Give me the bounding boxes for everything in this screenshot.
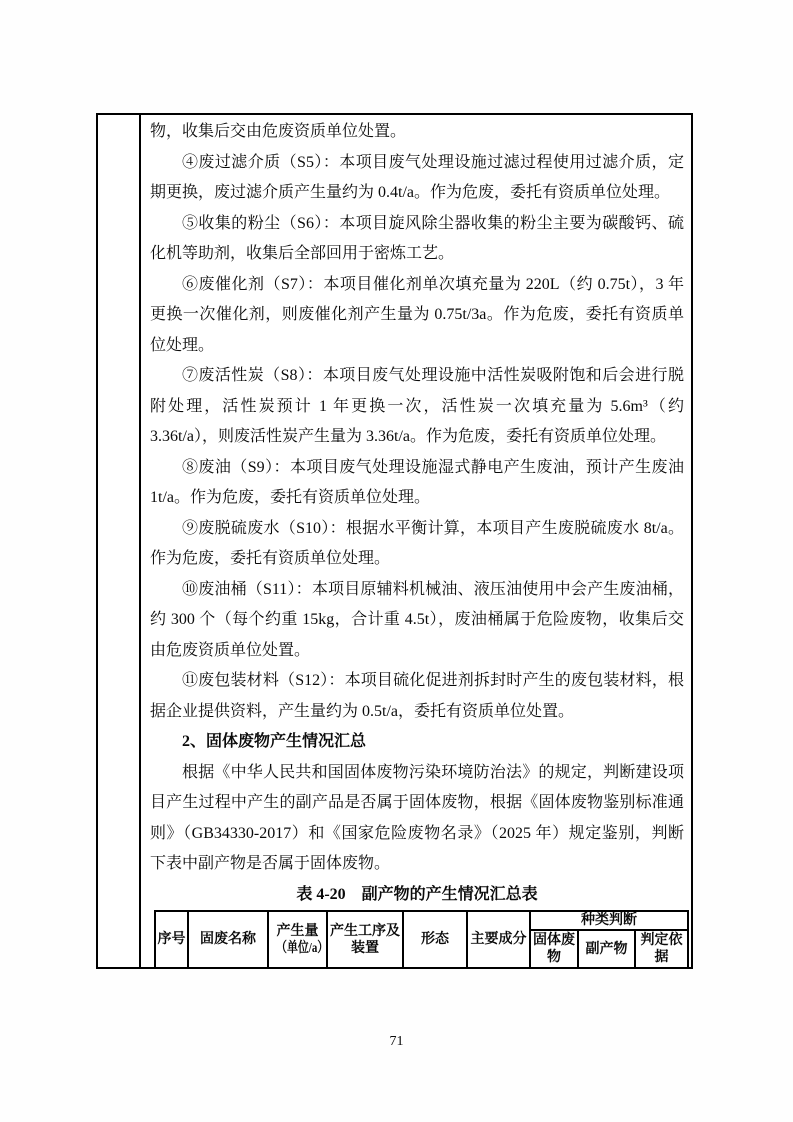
page-number: 71 xyxy=(0,1033,793,1051)
content-column: 物，收集后交由危废资质单位处置。 ④废过滤介质（S5）：本项目废气处理设施过滤过… xyxy=(141,115,691,967)
header-process: 产生工序及装置 xyxy=(327,911,403,968)
waste-item-s8: ⑦废活性炭（S8）：本项目废气处理设施中活性炭吸附饱和后会进行脱附处理，活性炭预… xyxy=(150,361,684,453)
header-amount: 产生量 （单位/a） xyxy=(268,911,327,968)
header-amount-unit: （单位/a） xyxy=(276,940,319,957)
solid-waste-summary-heading: 2、固体废物产生情况汇总 xyxy=(150,727,684,758)
header-form: 形态 xyxy=(403,911,467,968)
waste-item-s5: ④废过滤介质（S5）：本项目废气处理设施过滤过程使用过滤介质，定期更换，废过滤介… xyxy=(150,148,684,209)
form-margin-column xyxy=(98,115,141,967)
byproducts-summary-table: 序号 固废名称 产生量 （单位/a） 产生工序及装置 形态 主要成分 种类判断 … xyxy=(154,910,689,968)
document-frame: 物，收集后交由危废资质单位处置。 ④废过滤介质（S5）：本项目废气处理设施过滤过… xyxy=(96,113,693,969)
waste-item-s11: ⑩废油桶（S11）：本项目原辅料机械油、液压油使用中会产生废油桶，约 300 个… xyxy=(150,575,684,667)
intro-paragraph: 根据《中华人民共和国固体废物污染环境防治法》的规定，判断建设项目产生过程中产生的… xyxy=(150,758,684,880)
header-byproduct: 副产物 xyxy=(578,930,635,968)
waste-item-s6: ⑤收集的粉尘（S6）：本项目旋风除尘器收集的粉尘主要为碳酸钙、硫化机等助剂，收集… xyxy=(150,209,684,270)
header-composition: 主要成分 xyxy=(467,911,530,968)
header-waste-name: 固废名称 xyxy=(188,911,268,968)
waste-item-s12: ⑪废包装材料（S12）：本项目硫化促进剂拆封时产生的废包装材料，根据企业提供资料… xyxy=(150,666,684,727)
waste-item-s7: ⑥废催化剂（S7）：本项目催化剂单次填充量为 220L（约 0.75t），3 年… xyxy=(150,270,684,362)
header-basis: 判定依据 xyxy=(635,930,688,968)
header-category-group: 种类判断 xyxy=(530,911,688,930)
waste-item-s10: ⑨废脱硫废水（S10）：根据水平衡计算，本项目产生废脱硫废水 8t/a。作为危废… xyxy=(150,514,684,575)
waste-item-s9: ⑧废油（S9）：本项目废气处理设施湿式静电产生废油，预计产生废油 1t/a。作为… xyxy=(150,453,684,514)
table-caption: 表 4-20 副产物的产生情况汇总表 xyxy=(150,880,684,910)
continuation-paragraph: 物，收集后交由危废资质单位处置。 xyxy=(150,117,684,148)
header-solid-waste: 固体废物 xyxy=(530,930,578,968)
header-seq: 序号 xyxy=(155,911,188,968)
header-amount-label: 产生量 xyxy=(277,924,319,939)
